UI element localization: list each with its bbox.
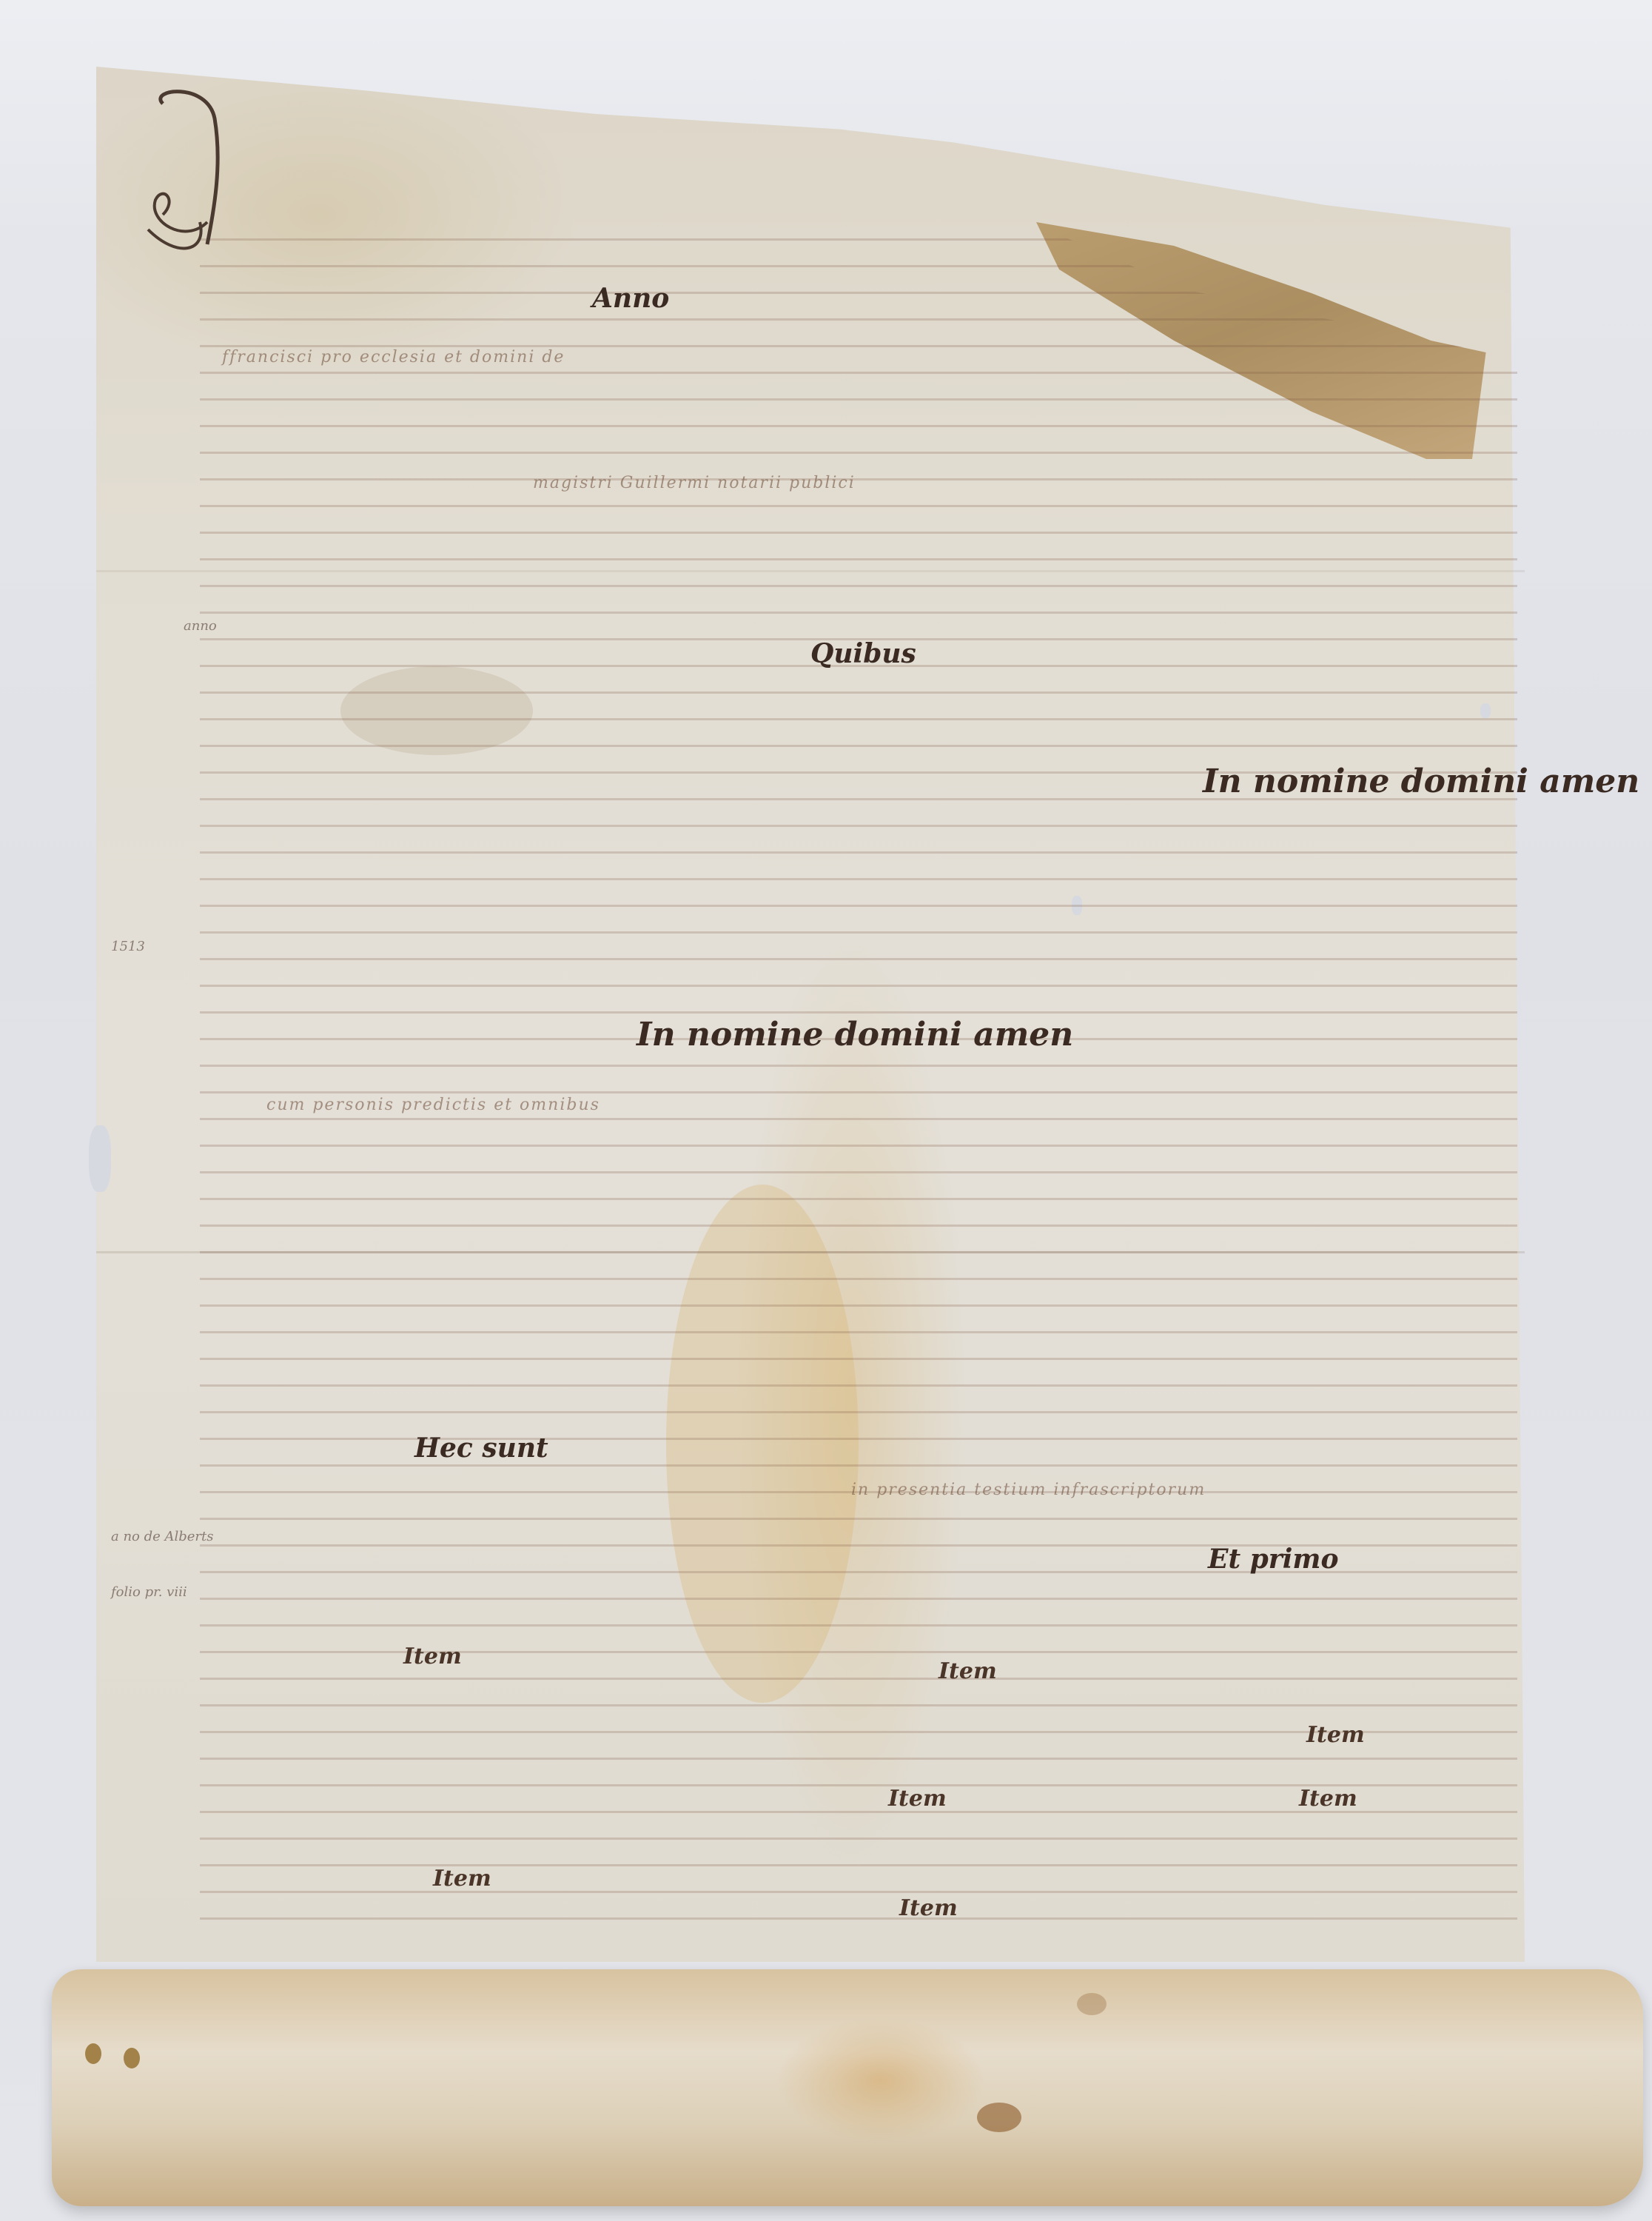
heading-in-nomine-domini-2: In nomine domini amen bbox=[637, 1016, 1073, 1053]
body-text-line: ffrancisci pro ecclesia et domini de bbox=[222, 348, 565, 366]
roller-hole bbox=[124, 2048, 140, 2068]
roller-stain bbox=[977, 2103, 1021, 2132]
heading-hec-sunt: Hec sunt bbox=[414, 1433, 548, 1464]
heading-anno: Anno bbox=[592, 283, 669, 314]
roller-hole bbox=[85, 2043, 101, 2064]
margin-note: a no de Alberts bbox=[111, 1529, 214, 1544]
heading-item: Item bbox=[888, 1786, 947, 1812]
roller-stain bbox=[1077, 1993, 1107, 2015]
heading-item: Item bbox=[939, 1658, 997, 1684]
body-text-line: cum personis predictis et omnibus bbox=[266, 1096, 600, 1114]
heading-et-primo: Et primo bbox=[1208, 1544, 1339, 1575]
signature-flourish bbox=[118, 74, 244, 267]
heading-item: Item bbox=[899, 1895, 958, 1921]
margin-note: folio pr. viii bbox=[111, 1584, 187, 1600]
heading-quibus: Quibus bbox=[810, 638, 916, 669]
margin-note: 1513 bbox=[111, 939, 145, 954]
heading-item: Item bbox=[1299, 1786, 1357, 1812]
hole bbox=[89, 1125, 111, 1192]
body-text-line: in presentia testium infrascriptorum bbox=[851, 1481, 1206, 1499]
body-text-line: magistri Guillermi notarii publici bbox=[533, 474, 856, 492]
scroll-roller bbox=[52, 1969, 1643, 2206]
heading-item: Item bbox=[433, 1866, 491, 1892]
margin-note: anno bbox=[184, 618, 217, 634]
heading-in-nomine-domini-1: In nomine domini amen bbox=[1203, 763, 1639, 800]
heading-item: Item bbox=[1306, 1722, 1365, 1748]
handwritten-text-block bbox=[200, 222, 1517, 1925]
heading-item: Item bbox=[403, 1644, 462, 1669]
